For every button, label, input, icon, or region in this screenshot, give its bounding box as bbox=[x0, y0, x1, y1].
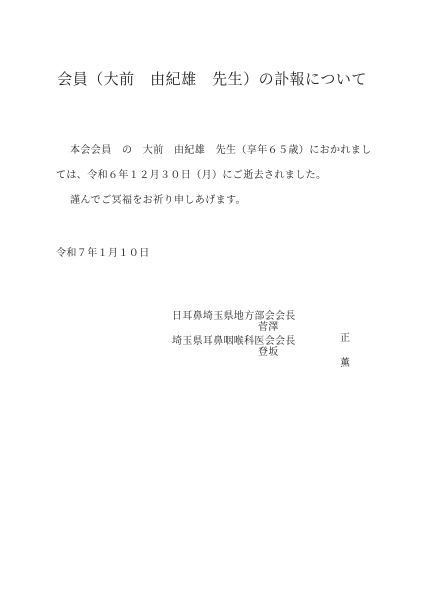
signatory-given-name: 正 bbox=[340, 329, 350, 344]
signature-block-2: 埼玉県耳鼻咽喉科医会会長 登坂 薫 bbox=[0, 321, 14, 376]
body-paragraph-line-1: 本会会員 の 大前 由紀雄 先生（享年６５歳）におかれまし bbox=[70, 141, 372, 156]
document-date: 令和７年１月１０日 bbox=[56, 244, 150, 259]
body-paragraph-line-2: ては、令和６年１２月３０日（月）にご逝去されました。 bbox=[56, 166, 326, 181]
signatory-surname: 登坂 bbox=[258, 343, 279, 358]
signatory-given-name: 薫 bbox=[340, 354, 350, 369]
document-title: 会員（大前 由紀雄 先生）の訃報について bbox=[0, 68, 424, 89]
signatory-surname: 菅澤 bbox=[258, 318, 279, 333]
document-page: 会員（大前 由紀雄 先生）の訃報について 本会会員 の 大前 由紀雄 先生（享年… bbox=[0, 0, 424, 600]
condolence-line: 謹んでご冥福をお祈り申しあげます。 bbox=[70, 191, 246, 206]
